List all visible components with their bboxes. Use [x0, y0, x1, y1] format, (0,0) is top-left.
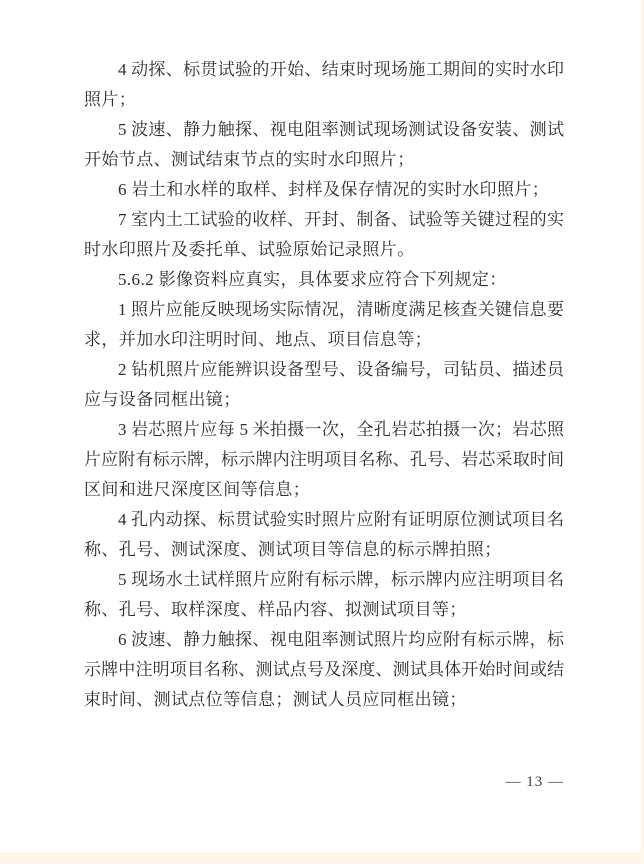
doc-line: 称、孔号、测试深度、测试项目等信息的标示牌拍照；	[84, 535, 564, 565]
doc-line: 示牌中注明项目名称、测试点号及深度、测试具体开始时间或结	[84, 655, 564, 685]
doc-line: 6 岩土和水样的取样、封样及保存情况的实时水印照片；	[84, 175, 564, 205]
scan-edge-bottom	[0, 852, 644, 864]
doc-line: 6 波速、静力触探、视电阻率测试照片均应附有标示牌，标	[84, 625, 564, 655]
doc-line: 应与设备同框出镜；	[84, 385, 564, 415]
doc-line: 称、孔号、取样深度、样品内容、拟测试项目等；	[84, 595, 564, 625]
doc-line: 开始节点、测试结束节点的实时水印照片；	[84, 145, 564, 175]
doc-line: 5 现场水土试样照片应附有标示牌，标示牌内应注明项目名	[84, 565, 564, 595]
clause-heading-line: 5.6.2 影像资料应真实，具体要求应符合下列规定：	[84, 265, 564, 295]
doc-line: 7 室内土工试验的收样、开封、制备、试验等关键过程的实	[84, 205, 564, 235]
doc-line: 求，并加水印注明时间、地点、项目信息等；	[84, 325, 564, 355]
body-text: 4 动探、标贯试验的开始、结束时现场施工期间的实时水印 照片； 5 波速、静力触…	[84, 55, 564, 715]
doc-line: 2 钻机照片应能辨识设备型号、设备编号，司钻员、描述员	[84, 355, 564, 385]
doc-line: 1 照片应能反映现场实际情况，清晰度满足核查关键信息要	[84, 295, 564, 325]
doc-line: 束时间、测试点位等信息；测试人员应同框出镜；	[84, 685, 564, 715]
doc-line: 区间和进尺深度区间等信息；	[84, 475, 564, 505]
doc-line: 3 岩芯照片应每 5 米拍摄一次，全孔岩芯拍摄一次；岩芯照	[84, 415, 564, 445]
doc-line: 4 孔内动探、标贯试验实时照片应附有证明原位测试项目名	[84, 505, 564, 535]
doc-line: 4 动探、标贯试验的开始、结束时现场施工期间的实时水印	[84, 55, 564, 85]
doc-line: 照片；	[84, 85, 564, 115]
doc-line: 时水印照片及委托单、试验原始记录照片。	[84, 235, 564, 265]
document-page: 4 动探、标贯试验的开始、结束时现场施工期间的实时水印 照片； 5 波速、静力触…	[0, 0, 644, 864]
page-number: — 13 —	[84, 774, 564, 791]
doc-line: 5 波速、静力触探、视电阻率测试现场测试设备安装、测试	[84, 115, 564, 145]
doc-line: 片应附有标示牌，标示牌内注明项目名称、孔号、岩芯采取时间	[84, 445, 564, 475]
